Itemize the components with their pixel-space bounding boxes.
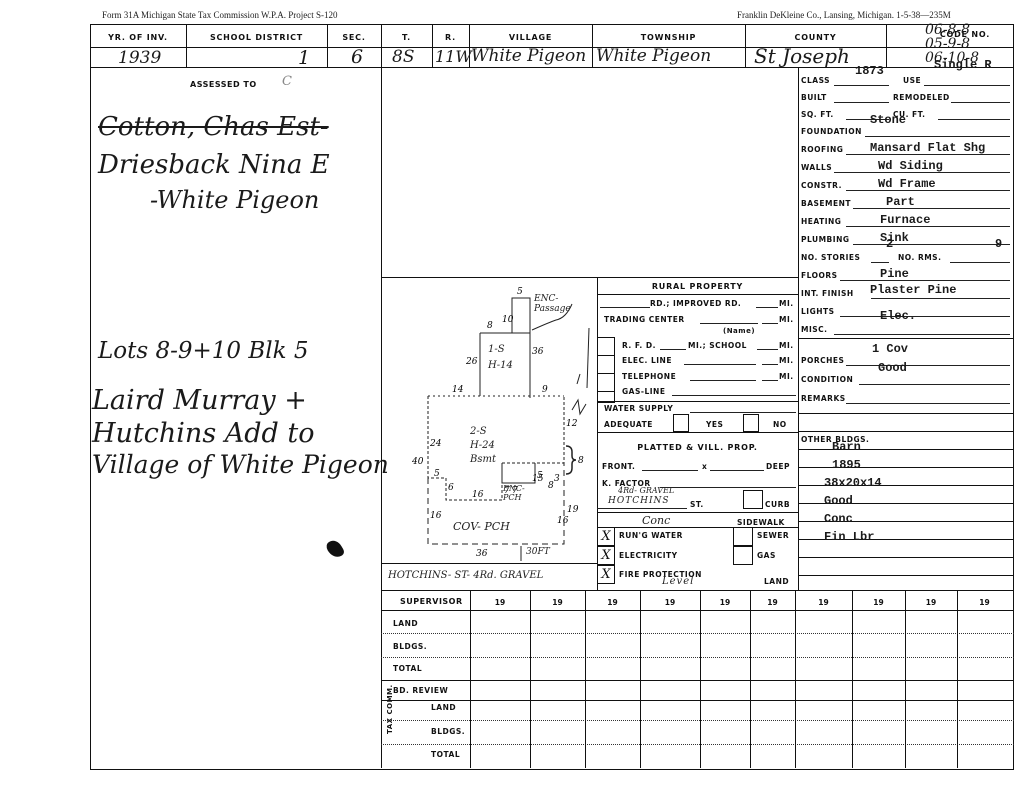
valuation-cell[interactable] bbox=[906, 611, 956, 632]
platted-sewer-checkbox[interactable] bbox=[733, 527, 753, 546]
field-value-foundation[interactable]: Stone bbox=[870, 113, 906, 127]
field-line bbox=[853, 244, 1010, 245]
valuation-cell[interactable] bbox=[531, 658, 584, 679]
rural-trading-center: TRADING CENTER bbox=[604, 315, 685, 324]
field-line bbox=[950, 262, 1010, 263]
valuation-cell[interactable] bbox=[471, 681, 529, 699]
field-label-remarks: REMARKS bbox=[801, 394, 846, 403]
other-bldgs-line bbox=[798, 575, 1014, 576]
valuation-cell[interactable] bbox=[471, 745, 529, 767]
field-line bbox=[840, 316, 1010, 317]
field-label-floors: FLOORS bbox=[801, 271, 838, 280]
field-value-roofing[interactable]: Mansard Flat Shg bbox=[870, 141, 985, 155]
field-line bbox=[834, 334, 1010, 335]
rural-name-hint: (Name) bbox=[723, 327, 755, 335]
valuation-cell[interactable] bbox=[853, 721, 904, 743]
field-value-int-finish[interactable]: Plaster Pine bbox=[870, 283, 956, 297]
valuation-cell[interactable] bbox=[796, 721, 851, 743]
field-value-no-stories[interactable]: 2 bbox=[886, 237, 893, 251]
valuation-cell[interactable] bbox=[531, 611, 584, 632]
rural-elec-line: ELEC. LINE bbox=[622, 356, 672, 365]
field-line bbox=[865, 136, 1010, 137]
svg-text:16: 16 bbox=[430, 511, 442, 521]
platted-deep: DEEP bbox=[766, 462, 790, 471]
field-line bbox=[846, 365, 1010, 366]
valuation-cell[interactable] bbox=[853, 681, 904, 699]
other-bldgs-line bbox=[798, 557, 1014, 558]
sketch-label-enc-pch: ENC- PCH bbox=[503, 484, 525, 502]
row-bd-review: BD. REVIEW bbox=[393, 686, 448, 695]
other-bldg-value[interactable]: Good bbox=[824, 494, 853, 508]
valuation-cell[interactable] bbox=[641, 745, 699, 767]
row-bldgs: BLDGS. bbox=[393, 642, 427, 651]
platted-street-value-top[interactable]: 4Rd- GRAVEL bbox=[618, 486, 674, 495]
sketch-label-cov-pch: COV- PCH bbox=[453, 520, 510, 533]
legal-line-2[interactable]: Laird Murray + bbox=[92, 385, 307, 416]
rural-adequate-no-checkbox[interactable] bbox=[743, 414, 759, 432]
platted-sidewalk: SIDEWALK bbox=[737, 518, 785, 527]
valuation-cell[interactable] bbox=[853, 634, 904, 656]
rural-school-mi: MI. bbox=[779, 341, 794, 350]
valuation-cell[interactable] bbox=[796, 701, 851, 719]
valuation-cell[interactable] bbox=[958, 634, 1011, 656]
field-label-remodeled: REMODELED bbox=[893, 93, 950, 102]
platted-fire-protection-checkbox[interactable]: X bbox=[597, 565, 615, 584]
svg-text:5: 5 bbox=[434, 469, 440, 479]
platted-title: PLATTED & VILL. PROP. bbox=[597, 443, 798, 452]
rural-rfd-checkbox[interactable] bbox=[597, 337, 615, 356]
valuation-cell[interactable] bbox=[906, 681, 956, 699]
valuation-cell[interactable] bbox=[586, 611, 639, 632]
other-bldg-value[interactable]: Barn bbox=[832, 440, 861, 454]
valuation-cell[interactable] bbox=[796, 634, 851, 656]
valuation-cell[interactable] bbox=[701, 611, 749, 632]
field-value-basement[interactable]: Part bbox=[886, 195, 915, 209]
valuation-cell[interactable] bbox=[531, 681, 584, 699]
rural-school: MI.; SCHOOL bbox=[688, 341, 747, 350]
field-value-lights[interactable]: Elec. bbox=[880, 309, 916, 323]
svg-text:16: 16 bbox=[472, 490, 484, 500]
rural-title: RURAL PROPERTY bbox=[597, 282, 798, 291]
field-line bbox=[871, 298, 1010, 299]
assessed-mark: C bbox=[282, 74, 292, 89]
valuation-cell[interactable] bbox=[701, 701, 749, 719]
platted-gas-checkbox[interactable] bbox=[733, 546, 753, 565]
platted-x: x bbox=[702, 462, 707, 471]
field-label-misc: MISC. bbox=[801, 325, 828, 334]
svg-text:26: 26 bbox=[465, 357, 478, 367]
valuation-cell[interactable] bbox=[906, 701, 956, 719]
field-line bbox=[834, 85, 889, 86]
rural-adequate-yes-checkbox[interactable] bbox=[673, 414, 689, 432]
rural-trading-mi: MI. bbox=[779, 315, 794, 324]
field-label-sq-ft: SQ. FT. bbox=[801, 110, 834, 119]
value-county[interactable]: St Joseph bbox=[754, 44, 850, 68]
svg-text:36: 36 bbox=[532, 347, 544, 357]
year-col-header: 19 bbox=[530, 598, 585, 607]
valuation-cell[interactable] bbox=[958, 658, 1011, 679]
valuation-cell[interactable] bbox=[796, 658, 851, 679]
valuation-cell[interactable] bbox=[471, 658, 529, 679]
valuation-cell[interactable] bbox=[751, 611, 794, 632]
valuation-cell[interactable] bbox=[958, 745, 1011, 767]
valuation-cell[interactable] bbox=[531, 745, 584, 767]
year-col-header: 19 bbox=[957, 598, 1012, 607]
svg-text:5: 5 bbox=[517, 287, 523, 297]
svg-text:10: 10 bbox=[502, 315, 514, 325]
field-value-floors[interactable]: Pine bbox=[880, 267, 909, 281]
field-line bbox=[834, 102, 889, 103]
owner-line-1[interactable]: Driesback Nina E bbox=[98, 150, 330, 180]
platted-land: LAND bbox=[764, 577, 789, 586]
rural-rd-mi: MI. bbox=[779, 299, 794, 308]
rural-water-supply: WATER SUPPLY bbox=[604, 404, 673, 413]
svg-text:6: 6 bbox=[448, 483, 454, 493]
valuation-cell[interactable] bbox=[701, 681, 749, 699]
field-label-class: CLASS bbox=[801, 76, 830, 85]
field-label-use: USE bbox=[903, 76, 921, 85]
valuation-cell[interactable] bbox=[751, 701, 794, 719]
svg-text:5: 5 bbox=[537, 471, 543, 481]
field-value-plumbing[interactable]: Sink bbox=[880, 231, 909, 245]
col-county: COUNTY bbox=[745, 33, 886, 42]
form-id: Form 31A Michigan State Tax Commission W… bbox=[102, 10, 337, 20]
col-school-district: SCHOOL DISTRICT bbox=[186, 33, 327, 42]
field-label-plumbing: PLUMBING bbox=[801, 235, 850, 244]
platted-runng-water: RUN'G WATER bbox=[619, 531, 683, 540]
field-line bbox=[938, 119, 1010, 120]
svg-text:12: 12 bbox=[566, 419, 578, 429]
svg-text:19: 19 bbox=[567, 505, 579, 515]
rural-rd: RD.; IMPROVED RD. bbox=[650, 299, 741, 308]
svg-text:3: 3 bbox=[554, 474, 560, 484]
valuation-cell[interactable] bbox=[586, 745, 639, 767]
col-sec: SEC. bbox=[327, 33, 381, 42]
valuation-cell[interactable] bbox=[471, 721, 529, 743]
valuation-cell[interactable] bbox=[853, 701, 904, 719]
valuation-cell[interactable] bbox=[751, 634, 794, 656]
svg-text:8: 8 bbox=[578, 456, 584, 466]
field-label-built: BUILT bbox=[801, 93, 827, 102]
valuation-cell[interactable] bbox=[531, 721, 584, 743]
col-village: VILLAGE bbox=[469, 33, 592, 42]
value-sec[interactable]: 6 bbox=[351, 46, 363, 68]
valuation-cell[interactable] bbox=[471, 611, 529, 632]
value-yr-of-inv[interactable]: 1939 bbox=[118, 48, 161, 68]
field-label-porches: PORCHES bbox=[801, 356, 844, 365]
rural-no: NO bbox=[773, 420, 787, 429]
field-label-foundation: FOUNDATION bbox=[801, 127, 862, 136]
rural-elec-checkbox[interactable] bbox=[597, 355, 615, 374]
field-label-condition: CONDITION bbox=[801, 375, 853, 384]
field-value-porches[interactable]: 1 Cov bbox=[872, 342, 908, 356]
section-divider bbox=[798, 413, 1014, 414]
valuation-cell[interactable] bbox=[641, 721, 699, 743]
field-label-constr: CONSTR. bbox=[801, 181, 842, 190]
platted-sidewalk-value[interactable]: Conc bbox=[642, 514, 670, 527]
valuation-cell[interactable] bbox=[751, 681, 794, 699]
sketch-label-enc-passage: ENC- Passage bbox=[534, 294, 571, 314]
platted-curb: CURB bbox=[765, 500, 790, 509]
valuation-cell[interactable] bbox=[751, 745, 794, 767]
section-divider bbox=[798, 338, 1014, 339]
year-col-header: 19 bbox=[470, 598, 530, 607]
valuation-cell[interactable] bbox=[641, 611, 699, 632]
col-t: T. bbox=[381, 33, 432, 42]
valuation-cell[interactable] bbox=[641, 681, 699, 699]
valuation-cell[interactable] bbox=[531, 701, 584, 719]
valuation-cell[interactable] bbox=[586, 658, 639, 679]
platted-runng-water-checkbox[interactable]: X bbox=[597, 527, 615, 546]
valuation-cell[interactable] bbox=[958, 701, 1011, 719]
valuation-cell[interactable] bbox=[958, 611, 1011, 632]
year-col-header: 19 bbox=[795, 598, 852, 607]
field-value-no-rms[interactable]: 9 bbox=[995, 237, 1002, 251]
col-r: R. bbox=[432, 33, 469, 42]
field-value-condition[interactable]: Good bbox=[878, 361, 907, 375]
row-tc-total: TOTAL bbox=[431, 750, 460, 759]
field-value-use[interactable]: Single R bbox=[934, 58, 992, 72]
valuation-cell[interactable] bbox=[796, 745, 851, 767]
row-land: LAND bbox=[393, 619, 418, 628]
valuation-cell[interactable] bbox=[586, 681, 639, 699]
svg-text:8: 8 bbox=[487, 321, 493, 331]
field-value-constr[interactable]: Wd Frame bbox=[878, 177, 936, 191]
valuation-cell[interactable] bbox=[958, 721, 1011, 743]
other-bldgs-line bbox=[798, 449, 1014, 450]
platted-gas: GAS bbox=[757, 551, 776, 560]
field-value-walls[interactable]: Wd Siding bbox=[878, 159, 943, 173]
assessed-to-label: ASSESSED TO bbox=[190, 80, 257, 89]
legal-line-4[interactable]: Village of White Pigeon bbox=[92, 450, 389, 479]
value-school-district[interactable]: 1 bbox=[298, 47, 310, 69]
valuation-cell[interactable] bbox=[958, 681, 1011, 699]
valuation-cell[interactable] bbox=[471, 701, 529, 719]
col-yr-of-inv: YR. OF INV. bbox=[90, 33, 186, 42]
col-township: TOWNSHIP bbox=[592, 33, 745, 42]
valuation-cell[interactable] bbox=[701, 745, 749, 767]
valuation-cell[interactable] bbox=[641, 701, 699, 719]
rural-gas-line: GAS-LINE bbox=[622, 387, 665, 396]
field-label-lights: LIGHTS bbox=[801, 307, 835, 316]
svg-text:14: 14 bbox=[452, 385, 464, 395]
svg-text:24: 24 bbox=[429, 439, 442, 449]
valuation-cell[interactable] bbox=[586, 721, 639, 743]
field-label-no-stories: NO. STORIES bbox=[801, 253, 860, 262]
valuation-cell[interactable] bbox=[751, 721, 794, 743]
valuation-cell[interactable] bbox=[641, 634, 699, 656]
valuation-cell[interactable] bbox=[471, 634, 529, 656]
valuation-cell[interactable] bbox=[796, 681, 851, 699]
valuation-cell[interactable] bbox=[751, 658, 794, 679]
row-tc-bldgs: BLDGS. bbox=[431, 727, 465, 736]
valuation-cell[interactable] bbox=[853, 745, 904, 767]
platted-curb-checkbox[interactable] bbox=[743, 490, 763, 509]
year-col-header: 19 bbox=[750, 598, 795, 607]
owner-struck: Cotton, Chas Est- bbox=[98, 112, 329, 142]
other-bldg-value[interactable]: 38x20x14 bbox=[824, 476, 882, 490]
value-village[interactable]: White Pigeon bbox=[471, 46, 586, 66]
valuation-cell[interactable] bbox=[906, 745, 956, 767]
rural-elec-mi: MI. bbox=[779, 356, 794, 365]
rural-rfd: R. F. D. bbox=[622, 341, 656, 350]
platted-land-value[interactable]: Level bbox=[662, 576, 694, 587]
field-line bbox=[924, 85, 1010, 86]
valuation-cell[interactable] bbox=[586, 634, 639, 656]
sketch-label-setback: 30FT bbox=[526, 547, 550, 557]
platted-electricity-checkbox[interactable]: X bbox=[597, 546, 615, 565]
year-col-header: 19 bbox=[585, 598, 640, 607]
field-label-walls: WALLS bbox=[801, 163, 832, 172]
field-label-heating: HEATING bbox=[801, 217, 841, 226]
owner-line-2[interactable]: -White Pigeon bbox=[150, 186, 319, 214]
svg-text:8: 8 bbox=[548, 481, 554, 491]
field-value-class[interactable]: 1873 bbox=[855, 64, 884, 78]
supervisor-label: SUPERVISOR bbox=[400, 597, 463, 606]
other-bldg-value[interactable]: Conc bbox=[824, 512, 853, 526]
svg-text:36: 36 bbox=[476, 549, 488, 559]
value-township[interactable]: White Pigeon bbox=[596, 46, 711, 66]
year-col-header: 19 bbox=[905, 598, 957, 607]
field-value-heating[interactable]: Furnace bbox=[880, 213, 930, 227]
rural-yes: YES bbox=[706, 420, 723, 429]
other-bldg-value[interactable]: 1895 bbox=[832, 458, 861, 472]
valuation-cell[interactable] bbox=[906, 658, 956, 679]
platted-front: FRONT. bbox=[602, 462, 635, 471]
platted-sewer: SEWER bbox=[757, 531, 789, 540]
other-bldg-value[interactable]: Fin Lbr bbox=[824, 530, 874, 544]
year-col-header: 19 bbox=[852, 598, 905, 607]
svg-text:9: 9 bbox=[542, 385, 548, 395]
valuation-cell[interactable] bbox=[853, 611, 904, 632]
row-total: TOTAL bbox=[393, 664, 422, 673]
field-label-basement: BASEMENT bbox=[801, 199, 851, 208]
field-line bbox=[951, 102, 1010, 103]
legal-line-3[interactable]: Hutchins Add to bbox=[92, 418, 315, 449]
svg-text:16: 16 bbox=[557, 516, 569, 526]
platted-street-value[interactable]: HOTCHINS bbox=[608, 496, 670, 506]
value-r[interactable]: 11W bbox=[435, 47, 472, 66]
platted-electricity: ELECTRICITY bbox=[619, 551, 678, 560]
field-line bbox=[840, 280, 1010, 281]
valuation-cell[interactable] bbox=[701, 721, 749, 743]
sketch-label-upper: 1-S H-14 bbox=[488, 342, 513, 374]
sketch-label-main: 2-S H-24 Bsmt bbox=[470, 425, 496, 467]
value-t[interactable]: 8S bbox=[392, 47, 414, 67]
rural-adequate: ADEQUATE bbox=[604, 420, 653, 429]
field-line bbox=[859, 384, 1010, 385]
rural-telephone-mi: MI. bbox=[779, 372, 794, 381]
svg-text:40: 40 bbox=[411, 457, 424, 467]
legal-line-1[interactable]: Lots 8-9+10 Blk 5 bbox=[98, 338, 309, 364]
valuation-cell[interactable] bbox=[586, 701, 639, 719]
row-tc-land: LAND bbox=[431, 703, 456, 712]
valuation-cell[interactable] bbox=[701, 634, 749, 656]
printer-imprint: Franklin DeKleine Co., Lansing, Michigan… bbox=[737, 10, 951, 20]
field-line bbox=[846, 403, 1010, 404]
field-label-no-rms: NO. RMS. bbox=[898, 253, 941, 262]
valuation-cell[interactable] bbox=[853, 658, 904, 679]
field-label-roofing: ROOFING bbox=[801, 145, 843, 154]
valuation-cell[interactable] bbox=[906, 721, 956, 743]
year-col-header: 19 bbox=[700, 598, 750, 607]
valuation-cell[interactable] bbox=[906, 634, 956, 656]
field-line bbox=[853, 208, 1010, 209]
other-bldgs-line bbox=[798, 467, 1014, 468]
valuation-cell[interactable] bbox=[531, 634, 584, 656]
platted-st: ST. bbox=[690, 500, 704, 509]
field-label-int-finish: INT. FINISH bbox=[801, 289, 854, 298]
year-col-header: 19 bbox=[640, 598, 700, 607]
sketch-street-note: HOTCHINS- ST- 4Rd. GRAVEL bbox=[388, 570, 543, 581]
valuation-cell[interactable] bbox=[701, 658, 749, 679]
rural-telephone-checkbox[interactable] bbox=[597, 373, 615, 392]
row-tax-comm: TAX COMM. bbox=[386, 694, 394, 734]
field-line bbox=[871, 262, 889, 263]
rural-telephone: TELEPHONE bbox=[622, 372, 676, 381]
valuation-cell[interactable] bbox=[796, 611, 851, 632]
valuation-cell[interactable] bbox=[641, 658, 699, 679]
